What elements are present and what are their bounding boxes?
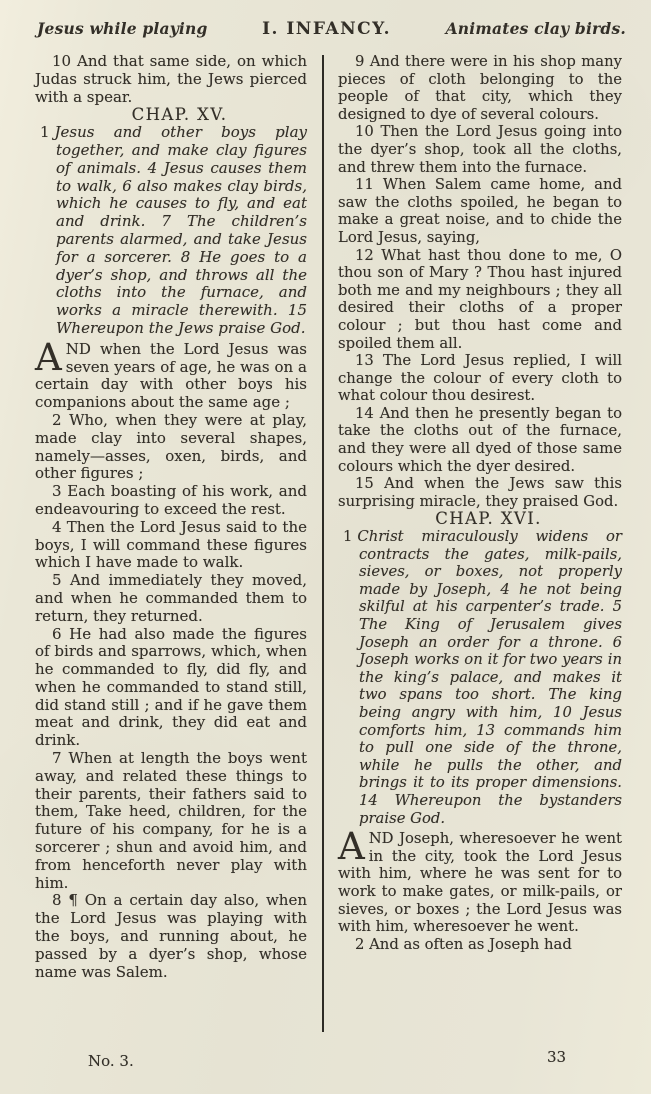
book-page: Jesus while playing I. INFANCY. Animates… [0, 0, 651, 1094]
chapter-summary: 1Jesus and other boys play together, and… [35, 124, 307, 338]
running-header-title: I. INFANCY. [262, 19, 391, 39]
summary-text: Jesus and other boys play together, and … [55, 123, 307, 337]
verse-paragraph: 15 And when the Jews saw this surprising… [338, 475, 622, 510]
verse-text: ND when the Lord Jesus was seven years o… [35, 340, 307, 411]
verse-paragraph: 3 Each boasting of his work, and endeavo… [35, 483, 307, 519]
left-column: 10 And that same side, on which Judas st… [35, 53, 307, 981]
running-header: Jesus while playing I. INFANCY. Animates… [37, 19, 626, 39]
verse-paragraph: 10 Then the Lord Jesus going into the dy… [338, 123, 622, 176]
verse-paragraph: 12 What hast thou done to me, O thou son… [338, 247, 622, 353]
verse-paragraph: 2 Who, when they were at play, made clay… [35, 412, 307, 483]
chapter-heading: CHAP. XV. [35, 106, 307, 124]
verse-paragraph: 4 Then the Lord Jesus said to the boys, … [35, 519, 307, 572]
column-divider-rule [322, 55, 324, 1032]
right-column: 9 And there were in his shop many pieces… [338, 53, 622, 953]
summary-text: Christ miraculously widens or contracts … [357, 528, 622, 827]
verse-paragraph: 2 And as often as Joseph had [338, 936, 622, 954]
verse-paragraph: 14 And then he presently began to take t… [338, 405, 622, 475]
summary-number: 1 [40, 123, 55, 141]
page-number: 33 [547, 1048, 566, 1066]
drop-cap-initial: A [35, 341, 66, 373]
running-header-right: Animates clay birds. [446, 19, 626, 38]
verse-paragraph: 13 The Lord Jesus replied, I will change… [338, 352, 622, 405]
chapter-heading: CHAP. XVI. [338, 510, 622, 528]
chapter-summary: 1Christ miraculously widens or contracts… [338, 528, 622, 827]
signature-mark: No. 3. [88, 1052, 134, 1070]
verse-text: ND Joseph, wheresoever he went in the ci… [338, 830, 622, 935]
running-header-left: Jesus while playing [37, 19, 208, 38]
verse-paragraph: 8 ¶ On a certain day also, when the Lord… [35, 892, 307, 981]
verse-paragraph: 5 And immediately they moved, and when h… [35, 572, 307, 625]
verse-paragraph-dropcap: AND Joseph, wheresoever he went in the c… [338, 830, 622, 936]
summary-number: 1 [343, 528, 357, 545]
drop-cap-initial: A [338, 830, 369, 862]
verse-paragraph: 9 And there were in his shop many pieces… [338, 53, 622, 123]
verse-paragraph: 6 He had also made the figures of birds … [35, 626, 307, 751]
verse-paragraph: 11 When Salem came home, and saw the clo… [338, 176, 622, 246]
verse-paragraph: 10 And that same side, on which Judas st… [35, 53, 307, 106]
verse-paragraph: 7 When at length the boys went away, and… [35, 750, 307, 892]
verse-paragraph-dropcap: AND when the Lord Jesus was seven years … [35, 341, 307, 412]
